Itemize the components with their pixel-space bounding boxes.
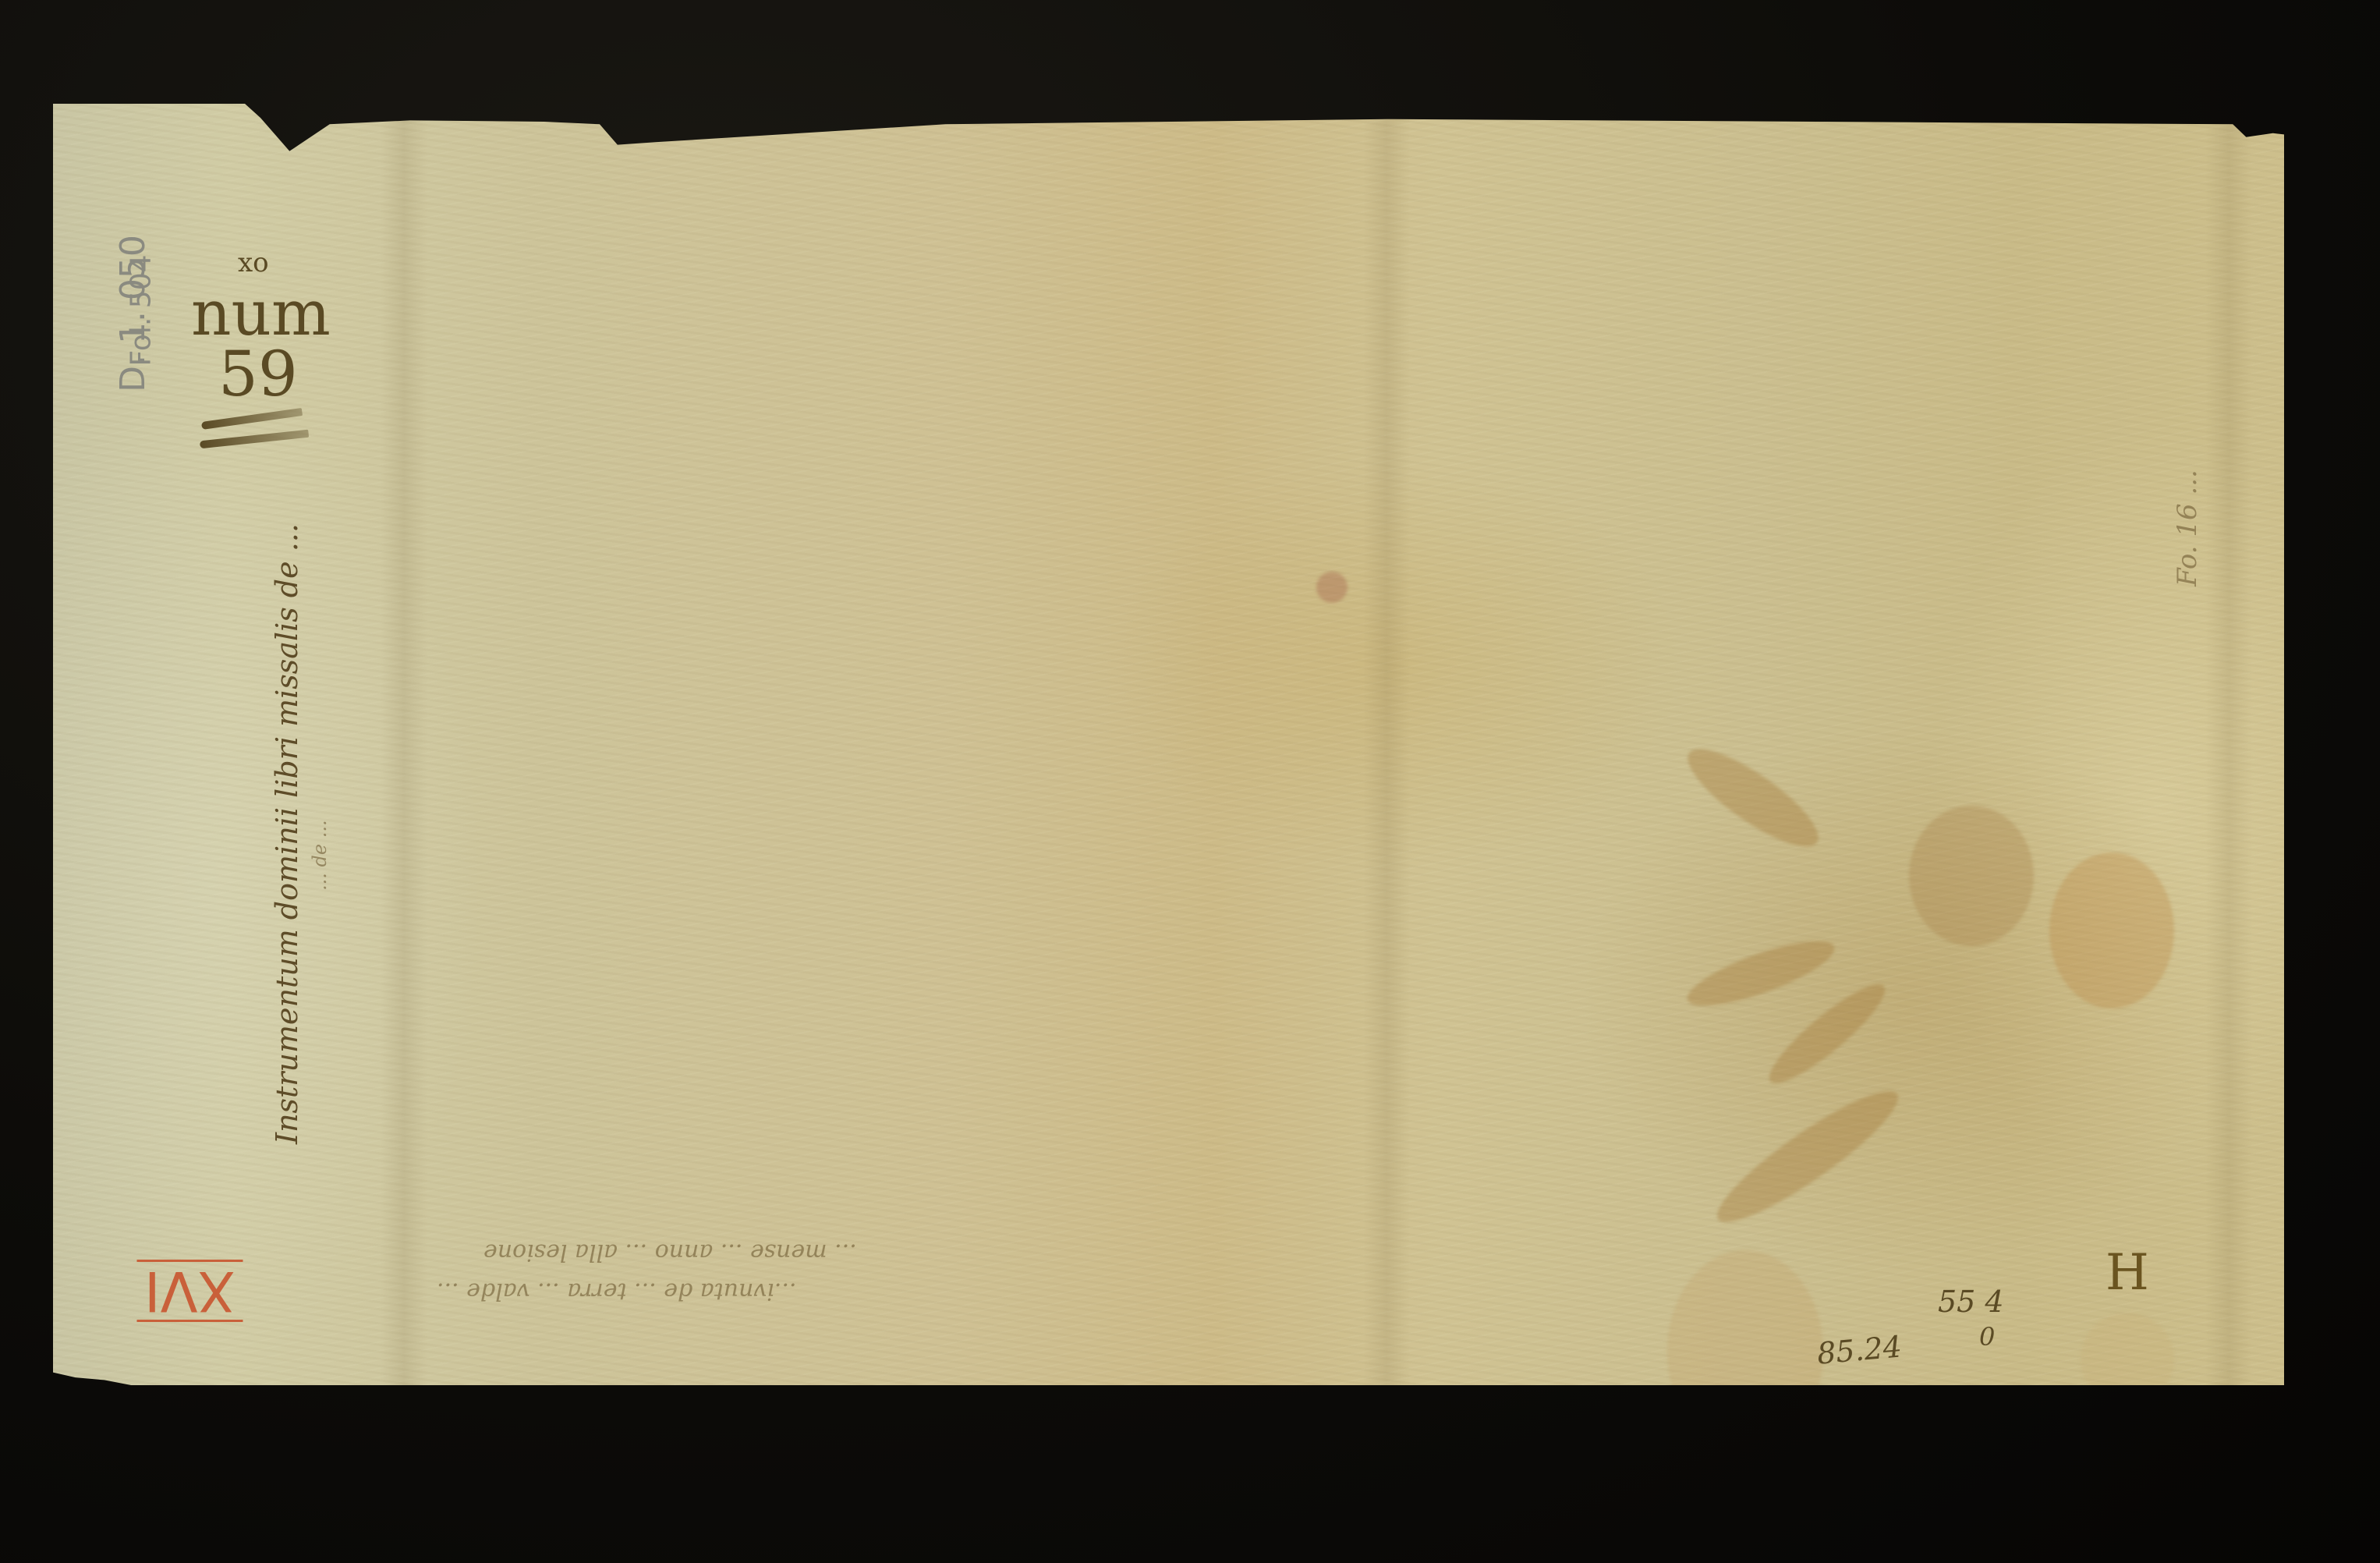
fold-line (2205, 104, 2252, 1385)
water-stain (1909, 806, 2034, 946)
pencil-folio: Fol. 504 (128, 254, 156, 366)
red-roman-numeral: XVI (136, 1260, 243, 1322)
vertical-endorsement-lower: ... de ... (310, 820, 329, 891)
rust-stain (2049, 852, 2174, 1008)
archive-label: num (191, 282, 331, 345)
fold-line (381, 104, 427, 1385)
notarial-mark: H (2106, 1248, 2149, 1298)
inverted-note-line-1: ... mense ... anno ... alla lesione (483, 1240, 857, 1264)
spot (1316, 572, 1348, 603)
right-vertical-note: Fo. 16 ... (2174, 470, 2201, 587)
vertical-endorsement: Instrumentum dominii libri missalis de .… (272, 523, 302, 1144)
catalog-number: 85.24 (1816, 1331, 1904, 1368)
archive-number: 59 (218, 343, 298, 406)
parchment-sheet (53, 104, 2284, 1385)
catalog-number-bottom: 0 (1979, 1324, 1995, 1349)
inverted-note-line-2: ...ivnuta de ... terra ... valde ... (437, 1279, 797, 1302)
archive-superscript: xo (238, 250, 269, 276)
catalog-number-top: 55 4 (1938, 1287, 2004, 1317)
fold-line (1363, 104, 1410, 1385)
